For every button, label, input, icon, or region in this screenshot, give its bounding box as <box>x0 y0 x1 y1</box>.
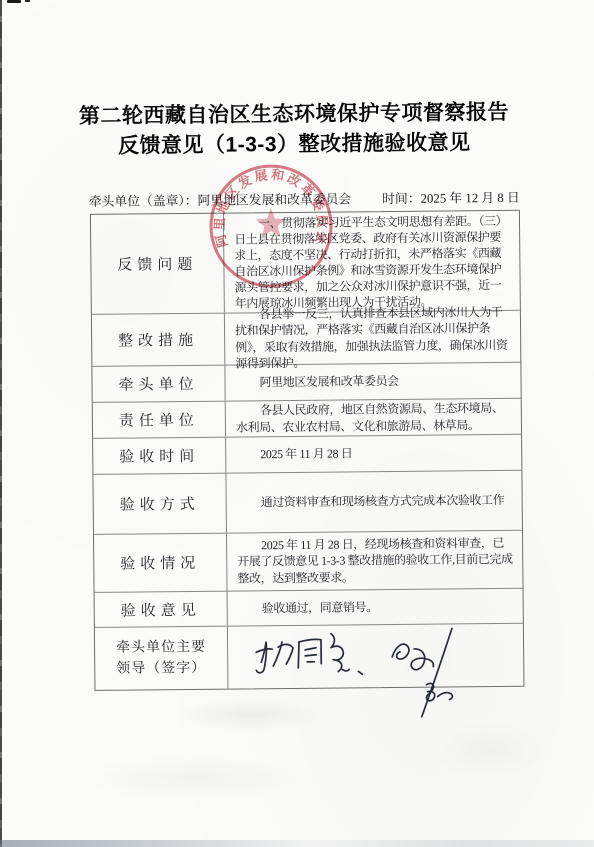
row-content <box>228 624 524 689</box>
row-label-text: 责任单位 <box>119 409 199 431</box>
lead-unit-value: 阿里地区发展和改革委员会 <box>198 192 352 207</box>
document-title: 第二轮西藏自治区生态环境保护专项督察报告 反馈意见（1-3-3）整改措施验收意见 <box>0 97 591 163</box>
scan-edge-artifact-bottom <box>0 840 594 847</box>
row-acceptance-method: 验收方式 通过资料审查和现场核查方式完成本次验收工作 <box>93 471 522 535</box>
row-content-text: 验收通过，同意销号。 <box>238 598 515 617</box>
row-responsible-unit: 责任单位 各县人民政府，地区自然资源局、生态环境局、 水利局、农业农村局、文化和… <box>93 399 521 439</box>
scan-edge-artifact-left <box>0 0 2 847</box>
row-label: 责任单位 <box>93 402 226 438</box>
row-feedback-issue: 反馈问题 一、贯彻落实习近平生态文明思想有差距。（三）日土县在贯彻落实区党委、政… <box>91 211 520 315</box>
row-content-text: 各县举一反三，认真排查本县区域内冰川人为干扰和保护情况，严格落实《西藏自治区冰川… <box>235 304 513 371</box>
row-label-text: 牵头单位 <box>118 373 198 395</box>
row-label-text: 验收时间 <box>119 445 199 467</box>
time-value: 2025 年 12 月 8 日 <box>421 191 520 206</box>
row-label: 验收方式 <box>93 474 227 534</box>
scan-corner-mark <box>7 0 21 3</box>
row-label-text: 验收方式 <box>120 493 200 515</box>
row-content: 2025 年 11 月 28 日，经现场核查和资料审查，已开展了反馈意见 1-3… <box>227 531 523 591</box>
row-label: 验收意见 <box>95 592 228 627</box>
row-rectification-measures: 整改措施 各县举一反三，认真排查本县区域内冰川人为干扰和保护情况，严格落实《西藏… <box>92 311 520 367</box>
row-content-text: 一、贯彻落实习近平生态文明思想有差距。（三）日土县在贯彻落实区党委、政府有关冰川… <box>234 212 512 311</box>
lead-unit-label: 牵头单位（盖章）： <box>89 194 198 209</box>
document-sheet: 第二轮西藏自治区生态环境保护专项督察报告 反馈意见（1-3-3）整改措施验收意见… <box>0 0 594 847</box>
meta-row: 牵头单位（盖章）：阿里地区发展和改革委员会 时间：2025 年 12 月 8 日 <box>89 187 520 210</box>
row-label: 整改措施 <box>92 314 225 366</box>
row-content: 各县举一反三，认真排查本县区域内冰川人为干扰和保护情况，严格落实《西藏自治区冰川… <box>225 311 520 365</box>
row-label-text: 反馈问题 <box>117 253 197 275</box>
time-label: 时间： <box>382 192 421 206</box>
row-content-text: 2025 年 11 月 28 日，经现场核查和资料审查，已开展了反馈意见 1-3… <box>237 535 514 586</box>
row-label: 牵头单位 <box>92 366 225 402</box>
scanned-document-page: 第二轮西藏自治区生态环境保护专项督察报告 反馈意见（1-3-3）整改措施验收意见… <box>0 0 594 847</box>
document-title-line1: 第二轮西藏自治区生态环境保护专项督察报告 <box>0 97 591 133</box>
row-acceptance-time: 验收时间 2025 年 11 月 28 日 <box>93 435 521 475</box>
row-content: 2025 年 11 月 28 日 <box>226 435 521 473</box>
acceptance-form-table: 反馈问题 一、贯彻落实习近平生态文明思想有差距。（三）日土县在贯彻落实区党委、政… <box>90 210 525 691</box>
time-line: 时间：2025 年 12 月 8 日 <box>382 187 520 207</box>
row-content: 一、贯彻落实习近平生态文明思想有差距。（三）日土县在贯彻落实区党委、政府有关冰川… <box>224 211 520 313</box>
row-content-text: 各县人民政府，地区自然资源局、生态环境局、 水利局、农业农村局、文化和旅游局、林… <box>236 400 513 435</box>
row-content: 通过资料审查和现场核查方式完成本次验收工作 <box>226 471 522 533</box>
row-content-text: 阿里地区发展和改革委员会 <box>235 372 512 391</box>
row-content-text: 通过资料审查和现场核查方式完成本次验收工作 <box>237 492 514 511</box>
row-content-text: 2025 年 11 月 28 日 <box>236 444 513 463</box>
row-acceptance-opinion: 验收意见 验收通过，同意销号。 <box>95 589 523 628</box>
row-content: 阿里地区发展和改革委员会 <box>225 363 520 401</box>
row-label: 牵头单位主要领导（签字） <box>95 627 229 690</box>
row-acceptance-status: 验收情况 2025 年 11 月 28 日，经现场核查和资料审查，已开展了反馈意… <box>94 531 523 593</box>
document-title-line2: 反馈意见（1-3-3）整改措施验收意见 <box>0 127 591 163</box>
signature-scribble <box>234 616 515 727</box>
row-content: 验收通过，同意销号。 <box>228 589 523 626</box>
row-label: 验收时间 <box>93 438 226 474</box>
row-label-text: 牵头单位主要领导（签字） <box>115 637 208 680</box>
scan-corner-mark-small <box>25 0 30 2</box>
row-leader-signature: 牵头单位主要领导（签字） <box>95 624 524 690</box>
row-label-text: 整改措施 <box>118 329 198 351</box>
row-label: 验收情况 <box>94 534 228 592</box>
row-content: 各县人民政府，地区自然资源局、生态环境局、 水利局、农业农村局、文化和旅游局、林… <box>226 399 521 437</box>
row-label-text: 验收意见 <box>121 598 201 620</box>
row-label-text: 验收情况 <box>120 552 200 574</box>
row-lead-unit: 牵头单位 阿里地区发展和改革委员会 <box>92 363 520 403</box>
lead-unit-line: 牵头单位（盖章）：阿里地区发展和改革委员会 <box>89 188 352 210</box>
row-label: 反馈问题 <box>91 214 225 314</box>
